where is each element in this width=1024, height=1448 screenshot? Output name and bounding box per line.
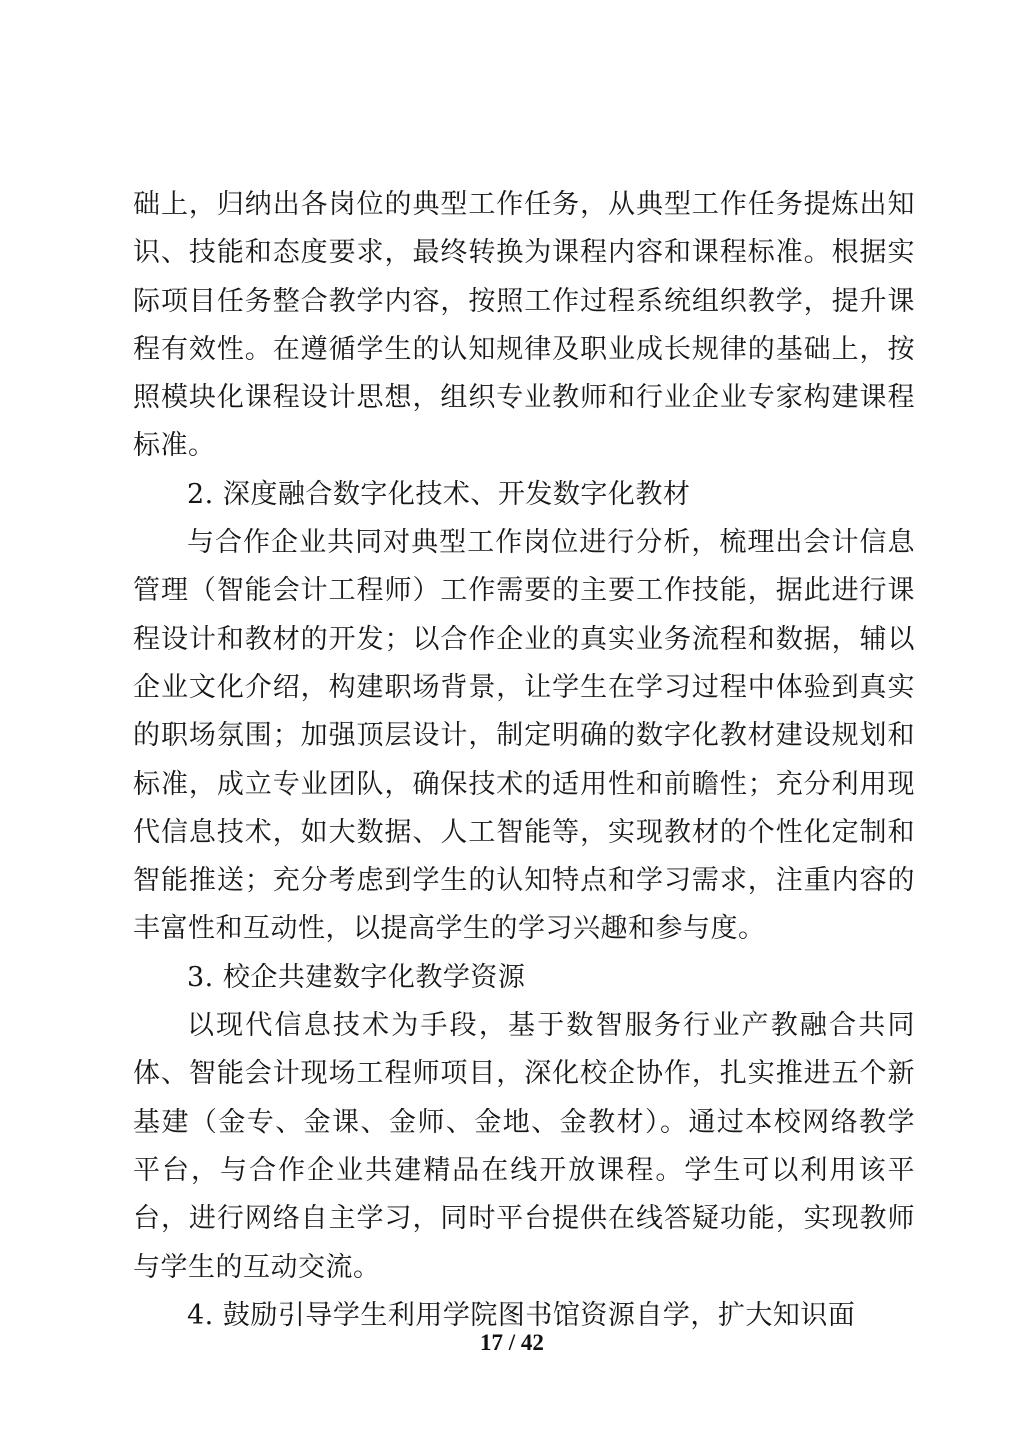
paragraph-section-3-body: 以现代信息技术为手段，基于数智服务行业产教融合共同体、智能会计现场工程师项目，深… (133, 1002, 915, 1292)
page-footer: 17 / 42 (0, 1330, 1024, 1356)
numbered-heading-2: 2. 深度融合数字化技术、开发数字化教材 (133, 471, 915, 519)
numbered-heading-3: 3. 校企共建数字化教学资源 (133, 954, 915, 1002)
document-page: 础上，归纳出各岗位的典型工作任务，从典型工作任务提炼出知识、技能和态度要求，最终… (0, 0, 1024, 1448)
document-text-block: 础上，归纳出各岗位的典型工作任务，从典型工作任务提炼出知识、技能和态度要求，最终… (133, 181, 915, 1340)
paragraph-section-2-body: 与合作企业共同对典型工作岗位进行分析，梳理出会计信息管理（智能会计工程师）工作需… (133, 519, 915, 954)
page-number: 17 / 42 (480, 1330, 544, 1355)
paragraph-continuation: 础上，归纳出各岗位的典型工作任务，从典型工作任务提炼出知识、技能和态度要求，最终… (133, 181, 915, 471)
